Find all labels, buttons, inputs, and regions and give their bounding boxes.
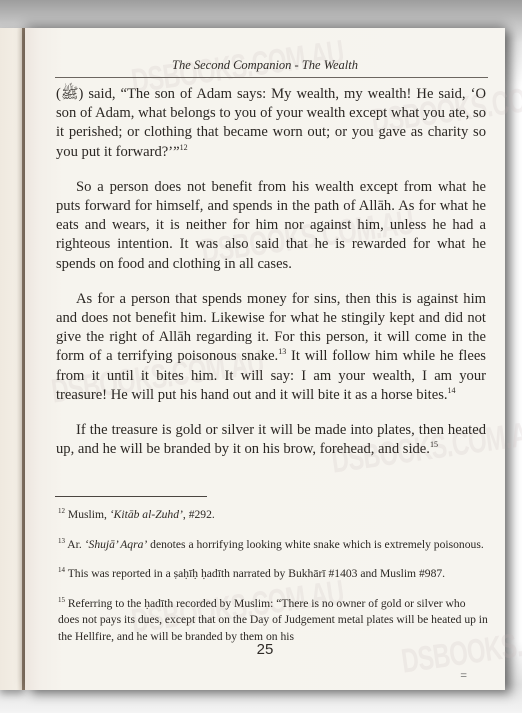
paragraph: If the treasure is gold or silver it wil…: [56, 421, 486, 459]
footnote-number: 12: [58, 507, 65, 515]
footnote-ref[interactable]: 12: [180, 143, 188, 152]
footnote-term: ‘Shujā’ Aqra’: [85, 538, 148, 551]
footnote-ref[interactable]: 15: [430, 440, 438, 449]
paragraph: (ﷺ) said, “The son of Adam says: My weal…: [56, 85, 486, 162]
footnote-title: ‘Kitāb al-Zuhd’: [110, 508, 183, 521]
footnote-number: 15: [58, 596, 65, 604]
paragraph-text: If the treasure is gold or silver it wil…: [56, 422, 486, 457]
footnote-text: Muslim,: [65, 508, 110, 521]
paragraph-text: So a person does not benefit from his we…: [56, 179, 486, 272]
footnote-text: Referring to the ḥadīth recorded by Musl…: [58, 597, 488, 643]
footnote-ref[interactable]: 14: [448, 386, 456, 395]
continuation-mark: =: [460, 668, 467, 683]
paragraph: So a person does not benefit from his we…: [56, 178, 486, 274]
paragraph: As for a person that spends money for si…: [56, 290, 486, 405]
footnote: 13 Ar. ‘Shujā’ Aqra’ denotes a horrifyin…: [58, 537, 488, 554]
footnote-rule: [55, 496, 207, 497]
book-page: DSBOOKS.COM.AU DSBOOKS.COM.AU DSBOOKS.CO…: [25, 28, 505, 690]
footnotes: 12 Muslim, ‘Kitāb al-Zuhd’, #292. 13 Ar.…: [58, 507, 488, 658]
footnote: 14 This was reported in a ṣaḥīḥ ḥadīth n…: [58, 566, 488, 583]
facing-page-edge: [0, 28, 24, 690]
page-number: 25: [25, 641, 505, 658]
footnote-text: This was reported in a ṣaḥīḥ ḥadīth narr…: [65, 567, 445, 580]
photo-scene: DSBOOKS.COM.AU DSBOOKS.COM.AU DSBOOKS.CO…: [0, 0, 522, 713]
footnote-number: 14: [58, 566, 65, 574]
footnote-text: Ar.: [65, 538, 85, 551]
footnote-number: 13: [58, 537, 65, 545]
header-rule: [55, 77, 488, 78]
body-text: (ﷺ) said, “The son of Adam says: My weal…: [56, 85, 486, 475]
footnote: 12 Muslim, ‘Kitāb al-Zuhd’, #292.: [58, 507, 488, 524]
footnote-ref[interactable]: 13: [278, 348, 286, 357]
footnote-text: denotes a horrifying looking white snake…: [147, 538, 483, 551]
running-head: The Second Companion - The Wealth: [25, 58, 505, 73]
footnote-text: , #292.: [183, 508, 215, 521]
footnote: 15 Referring to the ḥadīth recorded by M…: [58, 596, 488, 646]
paragraph-text: (ﷺ) said, “The son of Adam says: My weal…: [56, 86, 486, 160]
